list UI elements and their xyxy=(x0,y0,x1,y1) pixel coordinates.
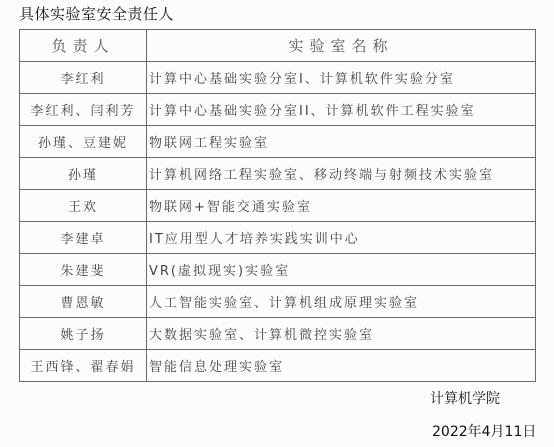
table-header-row: 负责人 实验室名称 xyxy=(20,30,536,62)
person-cell: 朱建斐 xyxy=(20,254,147,286)
table-row: 姚子扬 大数据实验室、计算机微控实验室 xyxy=(20,318,536,350)
person-cell: 王欢 xyxy=(20,190,147,222)
table-row: 孙瑾、豆建妮 物联网工程实验室 xyxy=(20,126,536,158)
lab-cell: 计算中心基础实验分室I、计算机软件实验分室 xyxy=(147,62,536,94)
lab-cell: 计算机网络工程实验室、移动终端与射频技术实验室 xyxy=(147,158,536,190)
table-row: 曹恩敏 人工智能实验室、计算机组成原理实验室 xyxy=(20,286,536,318)
lab-responsibility-table: 负责人 实验室名称 李红利 计算中心基础实验分室I、计算机软件实验分室 李红利、… xyxy=(19,29,536,382)
table-row: 王欢 物联网+智能交通实验室 xyxy=(20,190,536,222)
person-cell: 曹恩敏 xyxy=(20,286,147,318)
lab-cell: 智能信息处理实验室 xyxy=(147,350,536,382)
table-row: 李建卓 IT应用型人才培养实践实训中心 xyxy=(20,222,536,254)
lab-cell: 物联网工程实验室 xyxy=(147,126,536,158)
table-row: 朱建斐 VR(虚拟现实)实验室 xyxy=(20,254,536,286)
signature-organization: 计算机学院 xyxy=(430,388,500,408)
person-cell: 孙瑾、豆建妮 xyxy=(20,126,147,158)
signature-date: 2022年4月11日 xyxy=(432,421,536,441)
person-cell: 王西锋、翟春娟 xyxy=(20,350,147,382)
header-person: 负责人 xyxy=(20,30,147,62)
lab-cell: 计算中心基础实验分室II、计算机软件工程实验室 xyxy=(147,94,536,126)
lab-cell: 人工智能实验室、计算机组成原理实验室 xyxy=(147,286,536,318)
document-title: 具体实验室安全责任人 xyxy=(19,4,174,24)
person-cell: 李红利 xyxy=(20,62,147,94)
table-row: 李红利、闫利芳 计算中心基础实验分室II、计算机软件工程实验室 xyxy=(20,94,536,126)
table-row: 孙瑾 计算机网络工程实验室、移动终端与射频技术实验室 xyxy=(20,158,536,190)
person-cell: 姚子扬 xyxy=(20,318,147,350)
lab-cell: 大数据实验室、计算机微控实验室 xyxy=(147,318,536,350)
lab-cell: VR(虚拟现实)实验室 xyxy=(147,254,536,286)
table-row: 李红利 计算中心基础实验分室I、计算机软件实验分室 xyxy=(20,62,536,94)
person-cell: 李红利、闫利芳 xyxy=(20,94,147,126)
lab-cell: 物联网+智能交通实验室 xyxy=(147,190,536,222)
table-row: 王西锋、翟春娟 智能信息处理实验室 xyxy=(20,350,536,382)
header-lab-name: 实验室名称 xyxy=(147,30,536,62)
lab-cell: IT应用型人才培养实践实训中心 xyxy=(147,222,536,254)
person-cell: 李建卓 xyxy=(20,222,147,254)
person-cell: 孙瑾 xyxy=(20,158,147,190)
